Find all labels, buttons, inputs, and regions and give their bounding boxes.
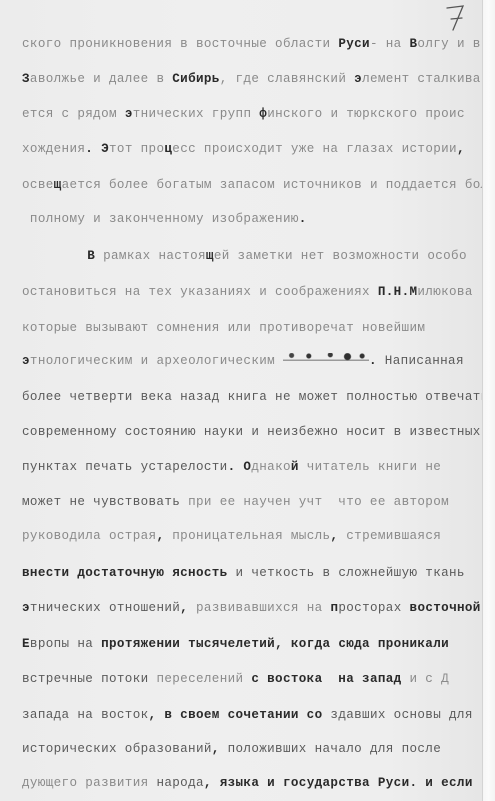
text-segment: щ — [206, 249, 214, 263]
text-segment: пунктах печать устарелости — [22, 460, 228, 474]
text-segment: при ее научен учт что ее автором — [180, 495, 449, 509]
text-segment: Сибирь — [172, 72, 219, 86]
text-segment: ского проникновения в восточные области — [22, 37, 338, 51]
text-line: встречные потоки переселений с востока н… — [22, 671, 449, 687]
scanned-page: 7 ского проникновения в восточные област… — [0, 0, 482, 801]
text-segment: и с Д — [402, 672, 449, 686]
text-segment: встречные потоки — [22, 672, 156, 686]
text-segment: тнологическим и археологическим — [30, 354, 283, 368]
text-segment: . О — [228, 460, 252, 474]
text-segment: В — [87, 249, 95, 263]
text-segment: П.Н.М — [378, 285, 418, 299]
text-segment: протяжении тысячелетий — [101, 637, 275, 651]
text-line: ется с рядом этнических групп финского и… — [22, 106, 465, 122]
text-segment: э — [354, 72, 362, 86]
text-segment: рамках настоя — [95, 249, 206, 263]
text-segment: и четкость в сложнейшую ткань — [228, 566, 465, 580]
text-segment: запада на восток — [22, 708, 149, 722]
text-segment: . — [299, 212, 307, 226]
text-segment: с востока на запад — [243, 672, 401, 686]
text-line: этнологическим и археологическим . Напис… — [22, 353, 464, 369]
text-segment: ей заметки нет возможности особо — [214, 249, 467, 263]
text-segment: , когда сюда проникали — [275, 637, 449, 651]
text-segment: ается более богатым запасом источников и… — [62, 178, 489, 192]
text-segment: исторических образований — [22, 742, 212, 756]
text-line: В рамках настоящей заметки нет возможнос… — [24, 248, 467, 264]
text-segment: илюкова — [417, 285, 472, 299]
text-line: полному и законченному изображению. — [22, 211, 307, 227]
text-segment: может не чувствовать — [22, 495, 180, 509]
text-segment: э — [125, 107, 133, 121]
text-segment: лемент сталкива — [362, 72, 481, 86]
text-segment: Руси — [338, 37, 370, 51]
text-segment: стремившаяся — [338, 529, 441, 543]
text-segment: дующего развития — [22, 776, 156, 790]
text-segment: , — [180, 601, 188, 615]
text-segment: переселений — [156, 672, 243, 686]
text-segment: руководила острая — [22, 529, 156, 543]
text-line: более четверти века назад книга не может… — [22, 389, 489, 405]
text-segment: , — [457, 142, 465, 156]
text-segment: проницательная мысль — [164, 529, 330, 543]
text-segment: ф — [259, 107, 267, 121]
text-segment: есс происходит уже на глазах истории — [172, 142, 457, 156]
text-segment: тот про — [109, 142, 164, 156]
text-line: которые вызывают сомнения или противореч… — [22, 320, 425, 336]
text-segment: э — [22, 354, 30, 368]
text-segment: днако — [251, 460, 291, 474]
ink-blot-strikeout — [283, 353, 369, 365]
text-segment: развивавшихся на — [188, 601, 330, 615]
text-segment: тнических групп — [133, 107, 260, 121]
text-segment: , языка и государства Руси. и если — [204, 776, 473, 790]
text-segment: более четверти века назад книга не может… — [22, 390, 489, 404]
text-line: исторических образований, положивших нач… — [22, 741, 441, 757]
text-segment: народа — [156, 776, 203, 790]
text-line: освещается более богатым запасом источни… — [22, 177, 489, 193]
text-segment: внести достаточную ясность — [22, 566, 228, 580]
text-segment: З — [22, 72, 30, 86]
text-line: внести достаточную ясность и четкость в … — [22, 565, 465, 581]
text-segment: , где славянский — [220, 72, 354, 86]
text-segment: Е — [22, 637, 30, 651]
text-line: современному состоянию науки и неизбежно… — [22, 424, 481, 440]
text-segment: аволжье и далее в — [30, 72, 172, 86]
text-segment: росторах — [338, 601, 409, 615]
text-segment: хождения — [22, 142, 85, 156]
text-segment: , — [212, 742, 220, 756]
text-segment: вропы на — [30, 637, 101, 651]
text-segment — [24, 249, 87, 263]
text-segment: - на — [370, 37, 410, 51]
text-segment: э — [22, 601, 30, 615]
text-segment: остановиться на тех указаниях и соображе… — [22, 285, 378, 299]
text-segment: . — [369, 354, 385, 368]
text-line: Заволжье и далее в Сибирь, где славянски… — [22, 71, 481, 87]
text-segment: современному состоянию науки и неизбежно… — [22, 425, 481, 439]
text-line: этнических отношений, развивавшихся на п… — [22, 600, 481, 616]
text-line: Европы на протяжении тысячелетий, когда … — [22, 636, 449, 652]
text-segment: которые вызывают сомнения или противореч… — [22, 321, 425, 335]
text-segment: , в своем сочетании со — [149, 708, 323, 722]
text-line: руководила острая, проницательная мысль,… — [22, 528, 441, 544]
text-segment: . Э — [85, 142, 109, 156]
text-segment: тнических отношений — [30, 601, 180, 615]
text-line: дующего развития народа, языка и государ… — [22, 775, 473, 791]
text-segment: й — [291, 460, 299, 474]
text-segment: инского и тюркского проис — [267, 107, 465, 121]
text-line: хождения. Этот процесс происходит уже на… — [22, 141, 465, 157]
handwritten-seven-glyph — [443, 2, 467, 32]
text-line: ского проникновения в восточные области … — [22, 36, 481, 52]
text-segment: щ — [54, 178, 62, 192]
text-segment: здавших основы для — [323, 708, 473, 722]
text-segment: восточной — [410, 601, 481, 615]
text-segment: ется с рядом — [22, 107, 125, 121]
text-segment: олгу и в — [417, 37, 480, 51]
text-line: пунктах печать устарелости. Однакой чита… — [22, 459, 441, 475]
text-segment: Написанная — [385, 354, 464, 368]
text-segment: осве — [22, 178, 54, 192]
handwritten-page-number: 7 — [443, 2, 467, 32]
text-segment: полному и законченному изображению — [22, 212, 299, 226]
text-segment: положивших начало для после — [220, 742, 441, 756]
text-line: может не чувствовать при ее научен учт ч… — [22, 494, 449, 510]
text-segment: читатель книги не — [299, 460, 441, 474]
page-edge-shadow — [482, 0, 495, 801]
text-line: запада на восток, в своем сочетании со з… — [22, 707, 473, 723]
text-line: остановиться на тех указаниях и соображе… — [22, 284, 473, 300]
